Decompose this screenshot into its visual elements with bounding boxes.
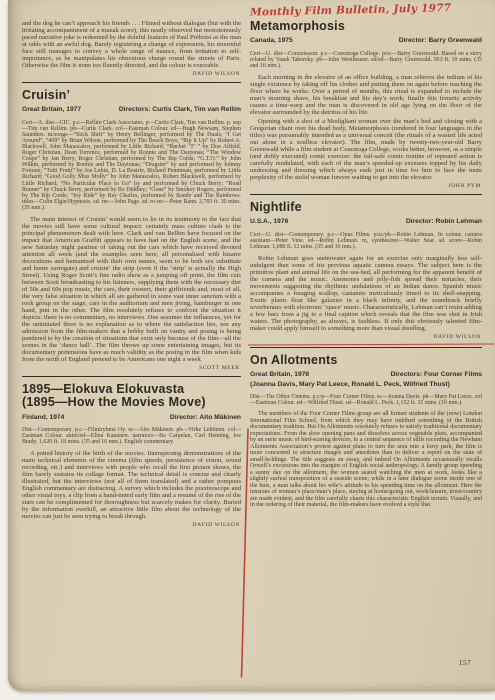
article-country: Finland, 1974 [22, 414, 64, 422]
page-number: 157 [459, 658, 471, 667]
article-review-para2: Opening with a shot of a Modigliani woma… [250, 118, 482, 181]
article-directors: Director: Aito Mäkinen [170, 414, 241, 422]
article-title: 1895—Elokuva Elokuvasta (1895—How the Mo… [22, 383, 241, 410]
section-divider [250, 347, 482, 348]
article-title-line2: (1895—How the Movies Move) [22, 395, 206, 409]
article-title: Nightlife [250, 201, 482, 214]
article-directors-names: (Joanna Davis, Mary Pat Leece, Ronald L.… [250, 381, 482, 389]
article-metamorphosis: Metamorphosis Canada, 1975 Director: Bar… [250, 20, 482, 189]
left-column: and the dog he can’t approach his friend… [22, 20, 241, 531]
article-byline: JOHN PYM [251, 183, 481, 189]
article-byline: DAVID WILSON [23, 522, 240, 528]
article-meta: Great Britain, 1976 Directors: Four Corn… [250, 371, 482, 379]
article-directors: Director: Barry Greenwald [399, 37, 482, 45]
article-meta: Canada, 1975 Director: Barry Greenwald [250, 37, 482, 45]
magazine-page: and the dog he can’t approach his friend… [8, 0, 495, 691]
article-review: The main interest of Cruisin’ would seem… [22, 216, 241, 363]
article-credits: Cert—A. dist—CIC. p.c—Rellim Clark Assoc… [22, 120, 241, 211]
article-directors: Directors: Curtis Clark, Tim van Rellim [119, 106, 241, 114]
article-review: Robin Lehman goes underwater again for a… [250, 255, 482, 332]
article-nightlife: Nightlife U.S.A., 1976 Director: Robin L… [250, 201, 482, 340]
article-meta: Finland, 1974 Director: Aito Mäkinen [22, 414, 241, 422]
article-review-para1: Each morning in the elevator of an offic… [250, 74, 482, 116]
article-credits: Cert—U. dist—Contemporary. p.c—Opus Film… [250, 232, 482, 250]
article-title-line1: 1895—Elokuva Elokuvasta [22, 382, 184, 396]
article-credits: Dist—The Other Cinema. p.c/p—Four Corner… [250, 394, 482, 406]
article-credits: Dist—Contemporary. p.c—Filmiryhmä Oy. sc… [22, 427, 241, 445]
article-title: On Allotments [250, 354, 482, 367]
article-title: Cruisin’ [22, 89, 241, 102]
article-directors: Directors: Four Corner Films [391, 371, 482, 379]
red-underline-annotation [248, 343, 494, 345]
article-meta: Great Britain, 1977 Directors: Curtis Cl… [22, 106, 241, 114]
section-divider [22, 82, 241, 83]
section-divider [22, 376, 241, 377]
section-divider [250, 194, 482, 195]
article-meta: U.S.A., 1976 Director: Robin Lehman [250, 218, 482, 226]
previous-review-byline: DAVID WILSON [23, 71, 240, 77]
article-on-allotments: On Allotments Great Britain, 1976 Direct… [250, 354, 482, 509]
article-cruisin: Cruisin’ Great Britain, 1977 Directors: … [22, 89, 241, 371]
article-review: A potted history of the birth of the mov… [22, 450, 241, 520]
right-column: Monthly Film Bulletin, July 1977 Metamor… [250, 2, 482, 511]
article-title: Metamorphosis [250, 20, 482, 33]
article-review: The members of the Four Corner Films gro… [250, 411, 482, 509]
previous-review-text: and the dog he can’t approach his friend… [22, 20, 241, 69]
article-country: Great Britain, 1977 [22, 106, 81, 114]
article-byline: DAVID WILSON [251, 334, 481, 340]
article-credits: Cert—U. dist—Connoisseur. p.c—Conestoga … [250, 51, 482, 69]
article-directors: Director: Robin Lehman [406, 218, 482, 226]
article-byline: SCOTT MEEK [23, 365, 240, 371]
article-elokuva: 1895—Elokuva Elokuvasta (1895—How the Mo… [22, 383, 241, 528]
article-country: Canada, 1975 [250, 37, 293, 45]
article-country: U.S.A., 1976 [250, 218, 288, 226]
article-country: Great Britain, 1976 [250, 371, 309, 379]
handwritten-annotation: Monthly Film Bulletin, July 1977 [250, 1, 482, 18]
